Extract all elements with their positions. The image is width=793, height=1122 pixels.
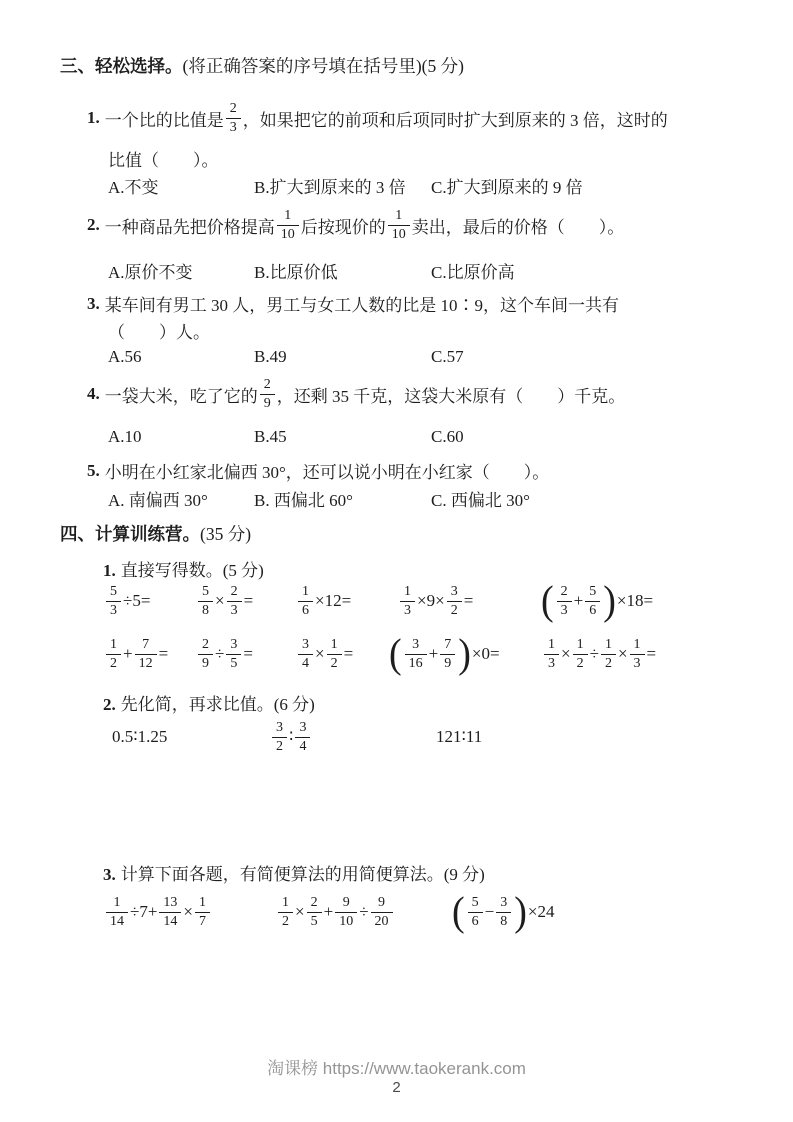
fraction: 114: [106, 896, 128, 929]
section4-title: 四、计算训练营。: [60, 524, 200, 544]
q3-option-c: C.57: [431, 347, 464, 367]
section4-header: 四、计算训练营。(35 分): [60, 521, 251, 546]
q3-option-b: B.49: [254, 347, 287, 367]
q1-number: 1.: [87, 108, 100, 128]
q1-line2: 比值（ ）。: [108, 146, 219, 171]
q2-line1: 2. 一种商品先把价格提高110后按现价的110卖出，最后的价格（ ）。: [87, 199, 624, 251]
fraction: 23: [557, 585, 572, 618]
q5-option-b: B. 西偏北 60°: [254, 486, 353, 511]
calc1-row2-item2: 29÷35=: [196, 629, 253, 679]
fraction: 12: [327, 638, 342, 671]
fraction: 12: [601, 638, 616, 671]
q5-number: 5.: [87, 461, 100, 481]
q2-option-b: B.比原价低: [254, 258, 338, 283]
q3-line1: 3. 某车间有男工 30 人，男工与女工人数的比是 10∶9，这个车间一共有: [87, 291, 619, 316]
q2-text: 一种商品先把价格提高110后按现价的110卖出，最后的价格（ ）。: [105, 209, 625, 242]
fraction: 23: [227, 585, 242, 618]
fraction: 25: [307, 896, 322, 929]
section3-title: 三、轻松选择。: [60, 56, 183, 76]
q1-line1: 1. 一个比的比值是23，如果把它的前项和后项同时扩大到原来的 3 倍，这时的: [87, 94, 668, 142]
q4-option-b: B.45: [254, 427, 287, 447]
q1-text: 一个比的比值是23，如果把它的前项和后项同时扩大到原来的 3 倍，这时的: [105, 102, 668, 135]
fraction: 12: [106, 638, 121, 671]
fraction: 110: [277, 209, 299, 242]
q1-option-b: B.扩大到原来的 3 倍: [254, 173, 406, 198]
fraction: 110: [388, 209, 410, 242]
q5-option-c: C. 西偏北 30°: [431, 486, 530, 511]
q1-option-a: A.不变: [108, 173, 159, 198]
fraction: 712: [135, 638, 157, 671]
fraction: 29: [260, 378, 275, 411]
calc1-row1-item4: 13×9×32=: [398, 576, 473, 626]
big-paren: (: [452, 891, 465, 932]
q2-option-a: A.原价不变: [108, 258, 193, 283]
calc3-number: 3.: [103, 865, 116, 884]
fraction: 12: [573, 638, 588, 671]
q4-line1: 4. 一袋大米，吃了它的29，还剩 35 千克，这袋大米原有（ ）千克。: [87, 370, 625, 418]
big-paren: ): [603, 580, 616, 621]
calc3-label: 3.计算下面各题，有简便算法的用简便算法。(9 分): [103, 860, 485, 885]
fraction: 920: [371, 896, 393, 929]
calc1-row2-item3: 34×12=: [296, 629, 353, 679]
fraction: 23: [226, 102, 241, 135]
calc2-item2: 32∶34: [270, 712, 312, 762]
big-paren: (: [541, 580, 554, 621]
page-number: 2: [0, 1079, 793, 1096]
big-paren: (: [389, 633, 402, 674]
calc2-item3: 121∶11: [436, 712, 482, 762]
fraction: 16: [298, 585, 313, 618]
q4-option-c: C.60: [431, 427, 464, 447]
worksheet-page: 三、轻松选择。(将正确答案的序号填在括号里)(5 分) 1. 一个比的比值是23…: [0, 0, 793, 1122]
q3-text: 某车间有男工 30 人，男工与女工人数的比是 10∶9，这个车间一共有: [105, 291, 619, 316]
q5-line1: 5. 小明在小红家北偏西 30°，还可以说小明在小红家（ ）。: [87, 458, 549, 483]
q5-option-a: A. 南偏西 30°: [108, 486, 208, 511]
calc3-item2: 12×25+910÷920: [276, 886, 395, 938]
q2-number: 2.: [87, 215, 100, 235]
fraction: 32: [447, 585, 462, 618]
calc1-row1-item3: 16×12=: [296, 576, 351, 626]
fraction: 58: [198, 585, 213, 618]
fraction: 316: [405, 638, 427, 671]
fraction: 13: [400, 585, 415, 618]
section3-header: 三、轻松选择。(将正确答案的序号填在括号里)(5 分): [60, 53, 464, 78]
fraction: 13: [630, 638, 645, 671]
fraction: 34: [298, 638, 313, 671]
fraction: 12: [278, 896, 293, 929]
section4-title-note: (35 分): [200, 524, 251, 544]
q3-number: 3.: [87, 294, 100, 314]
calc1-row1-item1: 53÷5=: [104, 576, 150, 626]
q4-number: 4.: [87, 384, 100, 404]
calc3-item3: (56−38)×24: [451, 886, 555, 938]
q1-option-c: C.扩大到原来的 9 倍: [431, 173, 583, 198]
fraction: 32: [272, 721, 287, 754]
fraction: 53: [106, 585, 121, 618]
q5-text: 小明在小红家北偏西 30°，还可以说小明在小红家（ ）。: [105, 458, 550, 483]
calc1-row2-item1: 12+712=: [104, 629, 168, 679]
fraction: 56: [468, 896, 483, 929]
q4-option-a: A.10: [108, 427, 142, 447]
calc3-label-text: 计算下面各题，有简便算法的用简便算法。(9 分): [121, 865, 485, 884]
fraction: 79: [440, 638, 455, 671]
calc1-row1-item5: (23+56)×18=: [540, 576, 653, 626]
fraction: 56: [585, 585, 600, 618]
calc2-item1: 0.5∶1.25: [112, 712, 167, 762]
fraction: 29: [198, 638, 213, 671]
q2-option-c: C.比原价高: [431, 258, 515, 283]
q3-option-a: A.56: [108, 347, 142, 367]
calc1-row2-item5: 13×12÷12×13=: [542, 629, 656, 679]
calc1-row2-item4: (316+79)×0=: [388, 629, 500, 679]
fraction: 38: [496, 896, 511, 929]
fraction: 35: [226, 638, 241, 671]
fraction: 1314: [159, 896, 181, 929]
section3-title-note: (将正确答案的序号填在括号里)(5 分): [183, 56, 464, 76]
fraction: 13: [544, 638, 559, 671]
calc3-item1: 114÷7+1314×17: [104, 886, 212, 938]
big-paren: ): [458, 633, 471, 674]
fraction: 910: [335, 896, 357, 929]
fraction: 34: [295, 721, 310, 754]
footer-watermark: 淘课榜 https://www.taokerank.com: [0, 1054, 793, 1079]
big-paren: ): [514, 891, 527, 932]
calc1-row1-item2: 58×23=: [196, 576, 253, 626]
q3-line2: （ ）人。: [108, 318, 210, 343]
fraction: 17: [195, 896, 210, 929]
q4-text: 一袋大米，吃了它的29，还剩 35 千克，这袋大米原有（ ）千克。: [105, 378, 626, 411]
